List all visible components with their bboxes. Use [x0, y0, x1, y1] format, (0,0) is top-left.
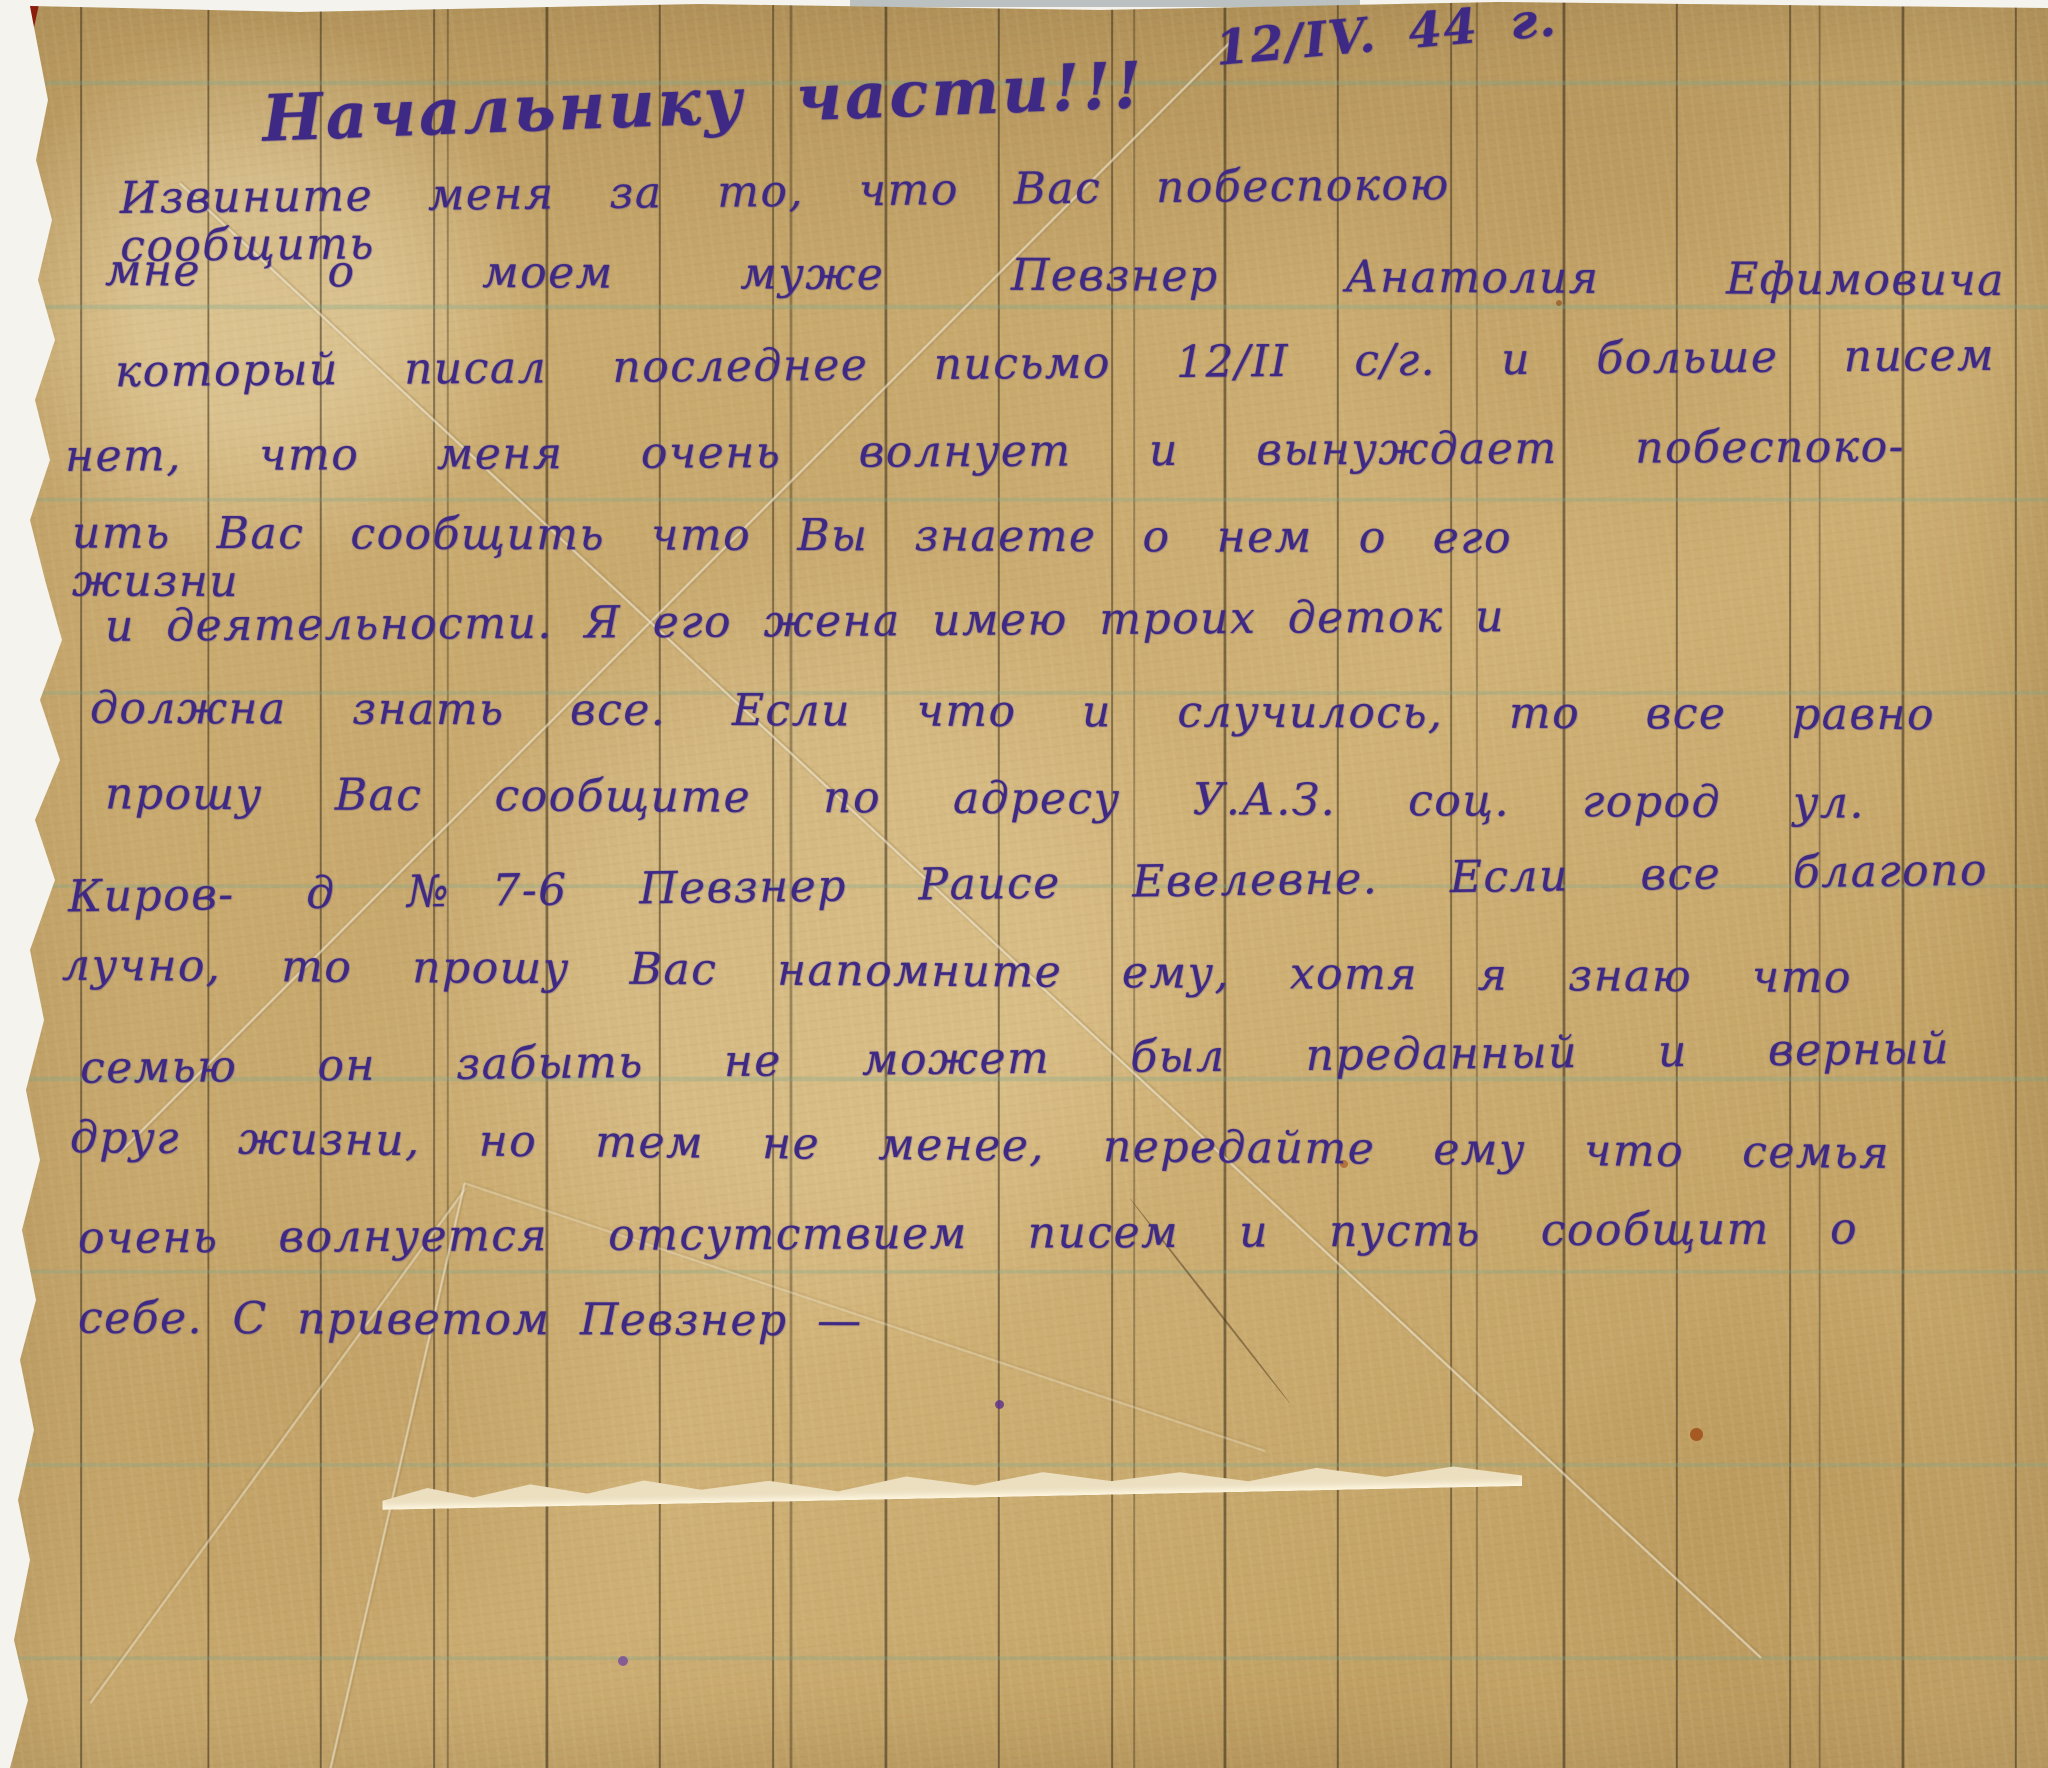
rust-stain	[1690, 1428, 1703, 1441]
red-ink-mark	[13, 132, 21, 158]
ink-stain	[618, 1656, 628, 1666]
letter-line: должна знать все. Если что и случилось, …	[90, 685, 1935, 740]
letter-line: нет, что меня очень волнует и вынуждает …	[65, 423, 1905, 481]
signature-line: себе. С приветом Певзнер —	[78, 1295, 863, 1346]
ink-stain	[995, 1400, 1004, 1409]
scanner-edge	[850, 0, 1360, 7]
red-ink-mark	[0, 47, 22, 120]
letter-line: мне о моем муже Певзнер Анатолия Ефимови…	[105, 247, 2005, 305]
letter-line: очень волнуется отсутствием писем и пуст…	[78, 1205, 1858, 1263]
red-ink-mark	[0, 0, 41, 44]
scanned-letter: 12/IV. 44 г. Начальнику части!!! Извинит…	[0, 0, 2048, 1768]
paper-sheet: 12/IV. 44 г. Начальнику части!!! Извинит…	[0, 0, 2048, 1768]
letter-line: прошу Вас сообщите по адресу У.А.З. соц.…	[105, 770, 1865, 828]
letter-line: и деятельности. Я его жена имею троих де…	[105, 593, 1505, 651]
